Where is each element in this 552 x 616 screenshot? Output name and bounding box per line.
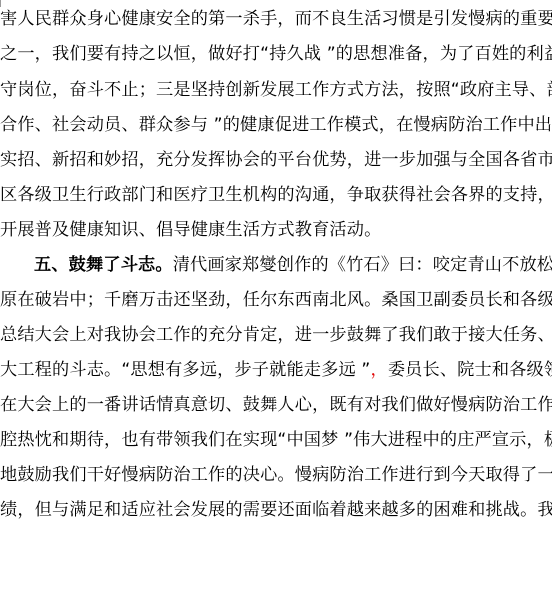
red-comma: ， [370,360,387,380]
section-five-first-line: 五、鼓舞了斗志。清代画家郑燮创作的《竹石》曰：咬定青山不放松，立根 [0,253,552,277]
text-line: 开展普及健康知识、倡导健康生活方式教育活动。 [0,218,381,242]
text-line: 总结大会上对我协会工作的充分肯定，进一步鼓舞了我们敢于接大任务、完成 [0,323,552,347]
quote-line: 大工程的斗志。“思想有多远，步子就能走多远 ”，委员长、院士和各级领导 [0,358,552,382]
quote-text: 大工程的斗志。“思想有多远，步子就能走多远 ” [0,360,370,380]
quote-after-text: 委员长、院士和各级领导 [388,360,552,380]
text-line: 绩，但与满足和适应社会发展的需要还面临着越来越多的困难和挑战。我们要 [0,498,552,522]
text-line: 在大会上的一番讲话情真意切、鼓舞人心，既有对我们做好慢病防治工作的满 [0,393,552,417]
text-line: 区各级卫生行政部门和医疗卫生机构的沟通，争取获得社会各界的支持，共同 [0,183,552,207]
text-line: 合作、社会动员、群众参与 ”的健康促进工作模式，在慢病防治工作中出寻求 [0,113,552,137]
page-corner-mark [0,0,3,7]
text-line: 原在破岩中；千磨万击还坚劲，任尔东西南北风。桑国卫副委员长和各级领导在 [0,288,552,312]
text-line: 腔热忱和期待，也有带领我们在实现“中国梦 ”伟大进程中的庄严宣示，极大 [0,428,552,452]
text-line: 地鼓励我们干好慢病防治工作的决心。慢病防治工作进行到今天取得了一定成 [0,463,552,487]
text-line: 守岗位，奋斗不止；三是坚持创新发展工作方式方法，按照“政府主导、部门 [0,78,552,102]
text-line: 害人民群众身心健康安全的第一杀手，而不良生活习惯是引发慢病的重要原因 [0,7,552,31]
text-line: 实招、新招和妙招，充分发挥协会的平台优势，进一步加强与全国各省市自治 [0,148,552,172]
text-line: 之一，我们要有持之以恒，做好打“持久战 ”的思想准备，为了百姓的利益严 [0,42,552,66]
section-text: 清代画家郑燮创作的《竹石》曰：咬定青山不放松，立根 [173,255,552,275]
section-heading: 五、鼓舞了斗志。 [34,255,173,275]
